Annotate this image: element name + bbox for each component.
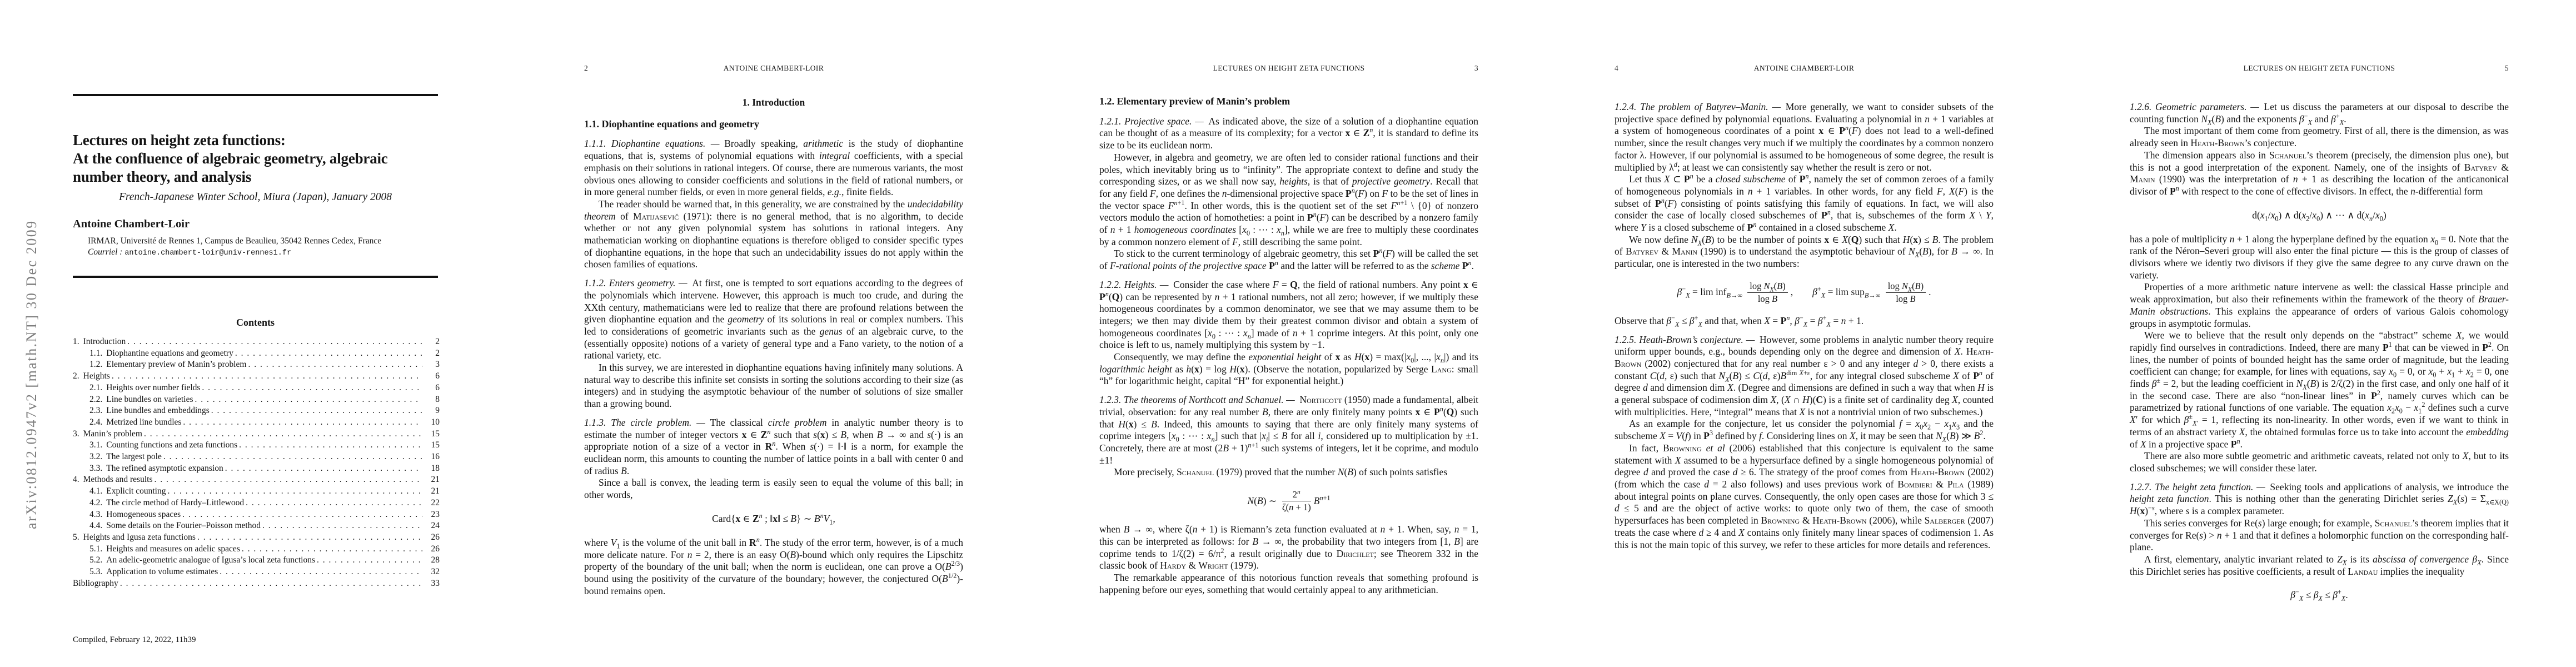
toc-entry-title: Heights over number fields <box>106 382 200 394</box>
paragraph: In fact, Browning et al (2006) establish… <box>1615 442 1994 551</box>
paragraph-text: The most important of them come from geo… <box>2130 125 2509 148</box>
toc-entry-title: Counting functions and zeta functions <box>106 440 237 451</box>
fraction: 2nζ(n + 1) <box>1282 489 1311 513</box>
toc-entry-number: 5.1. <box>89 544 102 555</box>
toc-entry[interactable]: 3.3.The refined asymptotic expansion18 <box>73 463 440 475</box>
toc-entry[interactable]: 4.1.Explicit counting21 <box>73 486 440 497</box>
title-page: arXiv:0812.0947v2 [math.NT] 30 Dec 2009 … <box>0 0 515 667</box>
formula-text: β−X = lim infB→∞ <box>1677 286 1745 298</box>
paragraph: 1.2.7. The height zeta function. — Seeki… <box>2130 481 2509 517</box>
paragraph-label: 1.1.2. Enters geometry. — <box>584 277 692 288</box>
paragraph: However, in algebra and geometry, we are… <box>1099 152 1478 248</box>
toc-page-number: 23 <box>424 509 440 521</box>
paragraph-text: However, in algebra and geometry, we are… <box>1099 152 1478 247</box>
paragraph-label: 1.1.3. The circle problem. — <box>584 417 710 428</box>
toc-entry[interactable]: 4.4.Some details on the Fourier–Poisson … <box>73 520 440 532</box>
toc-page-number: 26 <box>424 532 440 544</box>
fraction: log NX(B)log B <box>1886 281 1926 305</box>
toc-entry[interactable]: 1.2.Elementary preview of Manin’s proble… <box>73 359 440 371</box>
page-2: 2ANTOINE CHAMBERT-LOIR1. Introduction1.1… <box>515 0 1030 667</box>
section-heading: 1. Introduction <box>584 97 963 109</box>
paper-title-line: Lectures on height zeta functions: <box>73 131 388 150</box>
paper-title-line: At the confluence of algebraic geometry,… <box>73 150 388 168</box>
paragraph: 1.2.6. Geometric parameters. — Let us di… <box>2130 101 2509 125</box>
page-body: 1. Introduction1.1. Diophantine equation… <box>584 94 963 597</box>
paragraph: The dimension appears also in Schanuel’s… <box>2130 150 2509 198</box>
toc-page-number: 26 <box>424 544 440 555</box>
toc-entry[interactable]: 4.Methods and results21 <box>73 474 440 486</box>
paragraph-text: Consequently, we may define the exponent… <box>1099 351 1478 386</box>
toc-entry-number: 4.4. <box>89 520 102 532</box>
toc-page-number: 8 <box>424 394 440 406</box>
toc-page-number: 6 <box>424 382 440 394</box>
toc-leader-dots <box>202 382 422 394</box>
toc-entry-title: The circle method of Hardy–Littlewood <box>106 497 244 509</box>
page-3: LECTURES ON HEIGHT ZETA FUNCTIONS31.2. E… <box>1030 0 1546 667</box>
toc-entry-number: 4.1. <box>89 486 102 497</box>
toc-page-number: 2 <box>424 336 440 348</box>
fraction-denominator: log B <box>1747 293 1787 305</box>
toc-entry-number: 3. <box>73 429 79 440</box>
paragraph: Since a ball is convex, the leading term… <box>584 477 963 501</box>
paragraph: This series converges for Re(s) large en… <box>2130 517 2509 554</box>
paragraph-label: 1.2.1. Projective space. — <box>1099 116 1208 127</box>
toc-entry-number: 5.3. <box>89 566 102 578</box>
paragraph: 1.2.4. The problem of Batyrev–Manin. — M… <box>1615 101 1994 173</box>
paragraph: 1.2.1. Projective space. — As indicated … <box>1099 116 1478 152</box>
toc-leader-dots <box>154 474 422 486</box>
toc-page-number: 15 <box>424 440 440 451</box>
toc-entry[interactable]: 3.Manin’s problem15 <box>73 429 440 440</box>
contents-heading: Contents <box>73 317 438 328</box>
formula-text: β−X ≤ βX ≤ β+X. <box>2290 589 2348 601</box>
formula-text: , <box>1791 286 1812 298</box>
toc-entry-number: 5.2. <box>89 555 102 566</box>
paragraph: Properties of a more arithmetic nature i… <box>2130 281 2509 330</box>
toc-page-number: 16 <box>424 451 440 463</box>
paragraph-text: Properties of a more arithmetic nature i… <box>2130 281 2509 328</box>
toc-entry-number: 2.3. <box>89 405 102 417</box>
toc-entry-title: Bibliography <box>73 578 118 590</box>
toc-entry-title: Explicit counting <box>106 486 166 497</box>
toc-entry-title: Line bundles on varieties <box>106 394 193 406</box>
display-formula: N(B) ∼ 2nζ(n + 1)Bn+1 <box>1099 489 1478 513</box>
paragraph: 1.2.2. Heights. — Consider the case wher… <box>1099 279 1478 351</box>
paragraph: To stick to the current terminology of a… <box>1099 248 1478 272</box>
toc-leader-dots <box>262 520 422 532</box>
toc-leader-dots <box>197 532 422 544</box>
running-head: ANTOINE CHAMBERT-LOIR <box>612 64 935 73</box>
paragraph-text: Since a ball is convex, the leading term… <box>584 477 963 500</box>
toc-entry-number: 4.2. <box>89 497 102 509</box>
formula-text: Card{x ∈ Zn ; ‖x‖ ≤ B} ∼ BnV1, <box>712 513 835 525</box>
paragraph-text: where V1 is the volume of the unit ball … <box>584 537 963 596</box>
paragraph-text: In this survey, we are interested in dio… <box>584 362 963 409</box>
toc-leader-dots <box>127 336 422 348</box>
page-4: 4ANTOINE CHAMBERT-LOIR1.2.4. The problem… <box>1546 0 2061 667</box>
paragraph-label: 1.2.6. Geometric parameters. — <box>2130 101 2264 112</box>
toc-leader-dots <box>144 429 422 440</box>
toc-page-number: 28 <box>424 555 440 566</box>
toc-entry-title: The largest pole <box>106 451 162 463</box>
subsection-heading: 1.2. Elementary preview of Manin’s probl… <box>1099 96 1478 108</box>
toc-leader-dots <box>163 451 422 463</box>
paragraph-text: Observe that β−X ≤ β+X and that, when X … <box>1615 315 1864 326</box>
toc-entry-number: 2. <box>73 371 79 382</box>
compiled-note: Compiled, February 12, 2022, 11h39 <box>73 635 196 645</box>
toc-entry[interactable]: 2.1.Heights over number fields6 <box>73 382 440 394</box>
fraction: log NX(B)log B <box>1747 281 1787 305</box>
fraction-denominator: log B <box>1886 293 1926 305</box>
display-formula: β−X ≤ βX ≤ β+X. <box>2130 588 2509 603</box>
toc-page-number: 32 <box>424 566 440 578</box>
paragraph-label: 1.2.5. Heath-Brown’s conjecture. — <box>1615 334 1760 345</box>
paragraph: More precisely, Schanuel (1979) proved t… <box>1099 466 1478 479</box>
toc-leader-dots <box>235 348 422 360</box>
paragraph: has a pole of multiplicity n + 1 along t… <box>2130 233 2509 282</box>
paragraph: 1.1.1. Diophantine equations. — Broadly … <box>584 138 963 198</box>
toc-page-number: 21 <box>424 486 440 497</box>
paragraph: where V1 is the volume of the unit ball … <box>584 537 963 598</box>
affiliation-line: IRMAR, Université de Rennes 1, Campus de… <box>88 236 381 247</box>
toc-leader-dots <box>120 578 422 590</box>
arxiv-watermark: arXiv:0812.0947v2 [math.NT] 30 Dec 2009 <box>23 220 40 529</box>
middle-rule <box>73 276 438 278</box>
paragraph-text: However, some problems in analytic numbe… <box>1615 334 1994 417</box>
paragraph: 1.1.2. Enters geometry. — At first, one … <box>584 277 963 362</box>
display-formula: d(x1/x0) ∧ d(x2/x0) ∧ ⋯ ∧ d(xn/x0) <box>2130 208 2509 223</box>
paper-title-line: number theory, and analysis <box>73 168 388 186</box>
toc-entry-title: Line bundles and embeddings <box>106 405 210 417</box>
toc-entry[interactable]: 1.Introduction2 <box>73 336 440 348</box>
toc-page-number: 2 <box>424 348 440 360</box>
fraction-numerator: log NX(B) <box>1886 281 1926 293</box>
running-head: LECTURES ON HEIGHT ZETA FUNCTIONS <box>1127 64 1451 73</box>
page-number: 3 <box>1451 64 1478 73</box>
toc-leader-dots <box>248 359 422 371</box>
display-formula: Card{x ∈ Zn ; ‖x‖ ≤ B} ∼ BnV1, <box>584 512 963 526</box>
toc-page-number: 33 <box>424 578 440 590</box>
toc-entry-number: 1. <box>73 336 79 348</box>
paragraph: Observe that β−X ≤ β+X and that, when X … <box>1615 315 1994 327</box>
toc-entry[interactable]: 2.Heights6 <box>73 371 440 382</box>
toc-leader-dots <box>239 440 422 451</box>
paragraph-text: Let thus X ⊂ Pn be a closed subscheme of… <box>1615 173 1994 233</box>
running-head: ANTOINE CHAMBERT-LOIR <box>1642 64 1966 73</box>
toc-leader-dots <box>220 566 422 578</box>
paragraph-text: Were we to believe that the result only … <box>2130 330 2509 449</box>
top-rule <box>73 94 438 96</box>
toc-page-number: 24 <box>424 520 440 532</box>
toc-leader-dots <box>246 497 422 509</box>
toc-entry-title: Heights and Igusa zeta functions <box>83 532 196 544</box>
toc-entry-title: Application to volume estimates <box>106 566 218 578</box>
page-body: 1.2.6. Geometric parameters. — Let us di… <box>2130 94 2509 613</box>
paragraph-text: The remarkable appearance of this notori… <box>1099 572 1478 595</box>
document-canvas: { "arxiv_watermark": "arXiv:0812.0947v2 … <box>0 0 2576 667</box>
paragraph: 1.2.5. Heath-Brown’s conjecture. — Howev… <box>1615 334 1994 419</box>
paragraph: In this survey, we are interested in dio… <box>584 362 963 410</box>
toc-leader-dots <box>182 509 422 521</box>
paragraph-text: There are also more subtle geometric and… <box>2130 450 2509 474</box>
page-number: 5 <box>2481 64 2509 73</box>
paragraph: We now define NX(B) to be the number of … <box>1615 234 1994 270</box>
toc-entry-number: 2.2. <box>89 394 102 406</box>
toc-entry[interactable]: 3.2.The largest pole16 <box>73 451 440 463</box>
author-name: Antoine Chambert-Loir <box>73 218 190 231</box>
author-affiliation: IRMAR, Université de Rennes 1, Campus de… <box>88 236 381 258</box>
paragraph-label: 1.2.2. Heights. — <box>1099 279 1173 290</box>
toc-entry-number: 3.2. <box>89 451 102 463</box>
paragraph-text: We now define NX(B) to be the number of … <box>1615 234 1994 269</box>
running-header: 2ANTOINE CHAMBERT-LOIR <box>584 64 963 73</box>
toc-page-number: 22 <box>424 497 440 509</box>
paragraph-text: To stick to the current terminology of a… <box>1099 248 1478 271</box>
email-link[interactable]: antoine.chambert-loir@univ-rennes1.fr <box>124 249 291 257</box>
page-body: 1.2. Elementary preview of Manin’s probl… <box>1099 94 1478 596</box>
table-of-contents: 1.Introduction21.1.Diophantine equations… <box>73 336 440 589</box>
toc-entry-title: Manin’s problem <box>83 429 142 440</box>
formula-text: Bn+1 <box>1314 495 1331 507</box>
toc-page-number: 6 <box>424 371 440 382</box>
toc-page-number: 10 <box>424 417 440 429</box>
toc-entry-number: 4. <box>73 474 79 486</box>
subsection-heading: 1.1. Diophantine equations and geometry <box>584 118 963 131</box>
paper-title: Lectures on height zeta functions:At the… <box>73 131 388 186</box>
toc-entry-number: 5. <box>73 532 79 544</box>
paragraph: The most important of them come from geo… <box>2130 125 2509 149</box>
paragraph: Let thus X ⊂ Pn be a closed subscheme of… <box>1615 173 1994 234</box>
paragraph-text: has a pole of multiplicity n + 1 along t… <box>2130 233 2509 281</box>
paragraph-text: In fact, Browning et al (2006) establish… <box>1615 442 1994 550</box>
toc-leader-dots <box>183 417 422 429</box>
toc-leader-dots <box>317 555 422 566</box>
paper-subtitle: French-Japanese Winter School, Miura (Ja… <box>73 191 438 203</box>
toc-entry[interactable]: 3.1.Counting functions and zeta function… <box>73 440 440 451</box>
formula-text: d(x1/x0) ∧ d(x2/x0) ∧ ⋯ ∧ d(xn/x0) <box>2252 210 2386 222</box>
toc-entry[interactable]: 4.3.Homogeneous spaces23 <box>73 509 440 521</box>
paragraph-text: At first, one is tempted to sort equatio… <box>584 277 963 361</box>
toc-page-number: 21 <box>424 474 440 486</box>
toc-entry-title: Heights and measures on adelic spaces <box>106 544 240 555</box>
toc-leader-dots <box>195 394 423 406</box>
page-number: 4 <box>1615 64 1642 73</box>
toc-entry-title: Homogeneous spaces <box>106 509 181 521</box>
paragraph-text: The dimension appears also in Schanuel’s… <box>2130 150 2509 197</box>
running-header: LECTURES ON HEIGHT ZETA FUNCTIONS3 <box>1099 64 1478 73</box>
paragraph: 1.1.3. The circle problem. — The classic… <box>584 417 963 477</box>
fraction-numerator: 2n <box>1282 489 1311 501</box>
fraction-numerator: log NX(B) <box>1747 281 1787 293</box>
paragraph-text: As an example for the conjecture, let us… <box>1615 418 1994 441</box>
paragraph-text: when B → ∞, where ζ(n + 1) is Riemann’s … <box>1099 524 1478 571</box>
toc-entry-title: Metrized line bundles <box>106 417 181 429</box>
paragraph: A first, elementary, analytic invariant … <box>2130 554 2509 578</box>
email-line: Courriel : antoine.chambert-loir@univ-re… <box>88 247 381 259</box>
paragraph: There are also more subtle geometric and… <box>2130 450 2509 474</box>
toc-entry-number: 4.3. <box>89 509 102 521</box>
toc-entry[interactable]: 5.2.An adelic-geometric analogue of Igus… <box>73 555 440 566</box>
paragraph-text: A first, elementary, analytic invariant … <box>2130 554 2509 577</box>
display-formula: β−X = lim infB→∞ log NX(B)log B, β+X = l… <box>1615 281 1994 305</box>
paragraph: 1.2.3. The theorems of Northcott and Sch… <box>1099 394 1478 466</box>
toc-leader-dots <box>242 544 422 555</box>
toc-entry-number: 2.4. <box>89 417 102 429</box>
toc-entry[interactable]: 5.3.Application to volume estimates32 <box>73 566 440 578</box>
toc-entry-title: Some details on the Fourier–Poisson meth… <box>106 520 261 532</box>
paragraph: The reader should be warned that, in thi… <box>584 198 963 271</box>
paragraph-text: This series converges for Re(s) large en… <box>2130 517 2509 552</box>
paragraph-text: More precisely, Schanuel (1979) proved t… <box>1114 466 1447 477</box>
toc-page-number: 15 <box>424 429 440 440</box>
running-head: LECTURES ON HEIGHT ZETA FUNCTIONS <box>2158 64 2481 73</box>
paragraph-label: 1.1.1. Diophantine equations. — <box>584 138 724 149</box>
toc-entry[interactable]: 1.1.Diophantine equations and geometry2 <box>73 348 440 360</box>
toc-entry-title: Elementary preview of Manin’s problem <box>106 359 246 371</box>
toc-page-number: 18 <box>424 463 440 475</box>
toc-entry[interactable]: 2.4.Metrized line bundles10 <box>73 417 440 429</box>
paragraph: Consequently, we may define the exponent… <box>1099 351 1478 387</box>
paragraph-text: The reader should be warned that, in thi… <box>584 198 963 270</box>
formula-text: . <box>1929 286 1931 298</box>
formula-text: β+X = lim supB→∞ <box>1812 286 1883 298</box>
toc-entry-number: 1.2. <box>89 359 102 371</box>
paragraph: when B → ∞, where ζ(n + 1) is Riemann’s … <box>1099 524 1478 572</box>
toc-leader-dots <box>211 405 422 417</box>
toc-entry-title: An adelic-geometric analogue of Igusa’s … <box>106 555 315 566</box>
page-5: LECTURES ON HEIGHT ZETA FUNCTIONS51.2.6.… <box>2061 0 2576 667</box>
running-header: 4ANTOINE CHAMBERT-LOIR <box>1615 64 1994 73</box>
toc-entry[interactable]: 5.Heights and Igusa zeta functions26 <box>73 532 440 544</box>
toc-page-number: 9 <box>424 405 440 417</box>
toc-entry[interactable]: 4.2.The circle method of Hardy–Littlewoo… <box>73 497 440 509</box>
email-label: Courriel : <box>88 247 122 257</box>
page-body: 1.2.4. The problem of Batyrev–Manin. — M… <box>1615 94 1994 551</box>
toc-entry-number: 2.1. <box>89 382 102 394</box>
toc-leader-dots <box>167 486 422 497</box>
toc-entry[interactable]: 5.1.Heights and measures on adelic space… <box>73 544 440 555</box>
paragraph-label: 1.2.3. The theorems of Northcott and Sch… <box>1099 394 1299 405</box>
fraction-denominator: ζ(n + 1) <box>1282 501 1311 513</box>
toc-entry[interactable]: 2.3.Line bundles and embeddings9 <box>73 405 440 417</box>
toc-entry-title: Diophantine equations and geometry <box>106 348 233 360</box>
toc-entry-number: 1.1. <box>89 348 102 360</box>
paragraph: As an example for the conjecture, let us… <box>1615 418 1994 442</box>
toc-entry-title: Heights <box>83 371 110 382</box>
toc-entry-title: Introduction <box>83 336 126 348</box>
toc-leader-dots <box>225 463 422 475</box>
toc-page-number: 3 <box>424 359 440 371</box>
paragraph-label: 1.2.7. The height zeta function. — <box>2130 481 2270 492</box>
toc-entry-number: 3.1. <box>89 440 102 451</box>
paragraph-label: 1.2.4. The problem of Batyrev–Manin. — <box>1615 101 1786 112</box>
toc-entry-title: Methods and results <box>83 474 153 486</box>
running-header: LECTURES ON HEIGHT ZETA FUNCTIONS5 <box>2130 64 2509 73</box>
toc-entry[interactable]: Bibliography33 <box>73 578 440 590</box>
paragraph: Were we to believe that the result only … <box>2130 330 2509 450</box>
toc-entry-title: The refined asymptotic expansion <box>106 463 223 475</box>
toc-entry[interactable]: 2.2.Line bundles on varieties8 <box>73 394 440 406</box>
page-number: 2 <box>584 64 612 73</box>
paragraph: The remarkable appearance of this notori… <box>1099 572 1478 596</box>
formula-text: N(B) ∼ <box>1247 495 1279 507</box>
toc-entry-number: 3.3. <box>89 463 102 475</box>
toc-leader-dots <box>112 371 422 382</box>
